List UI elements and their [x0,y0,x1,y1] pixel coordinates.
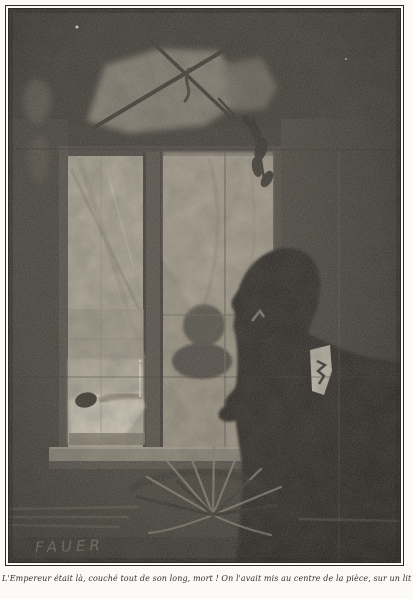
print-artifacts [9,9,400,562]
plate-caption: L'Empereur était là, couché tout de son … [2,574,411,583]
engraving: FAUER [9,9,400,562]
plate-frame-inner: FAUER [8,8,401,563]
scanned-page: FAUER L'Empereur était là, couché tout d… [0,0,413,599]
plate-frame: FAUER [5,5,404,566]
